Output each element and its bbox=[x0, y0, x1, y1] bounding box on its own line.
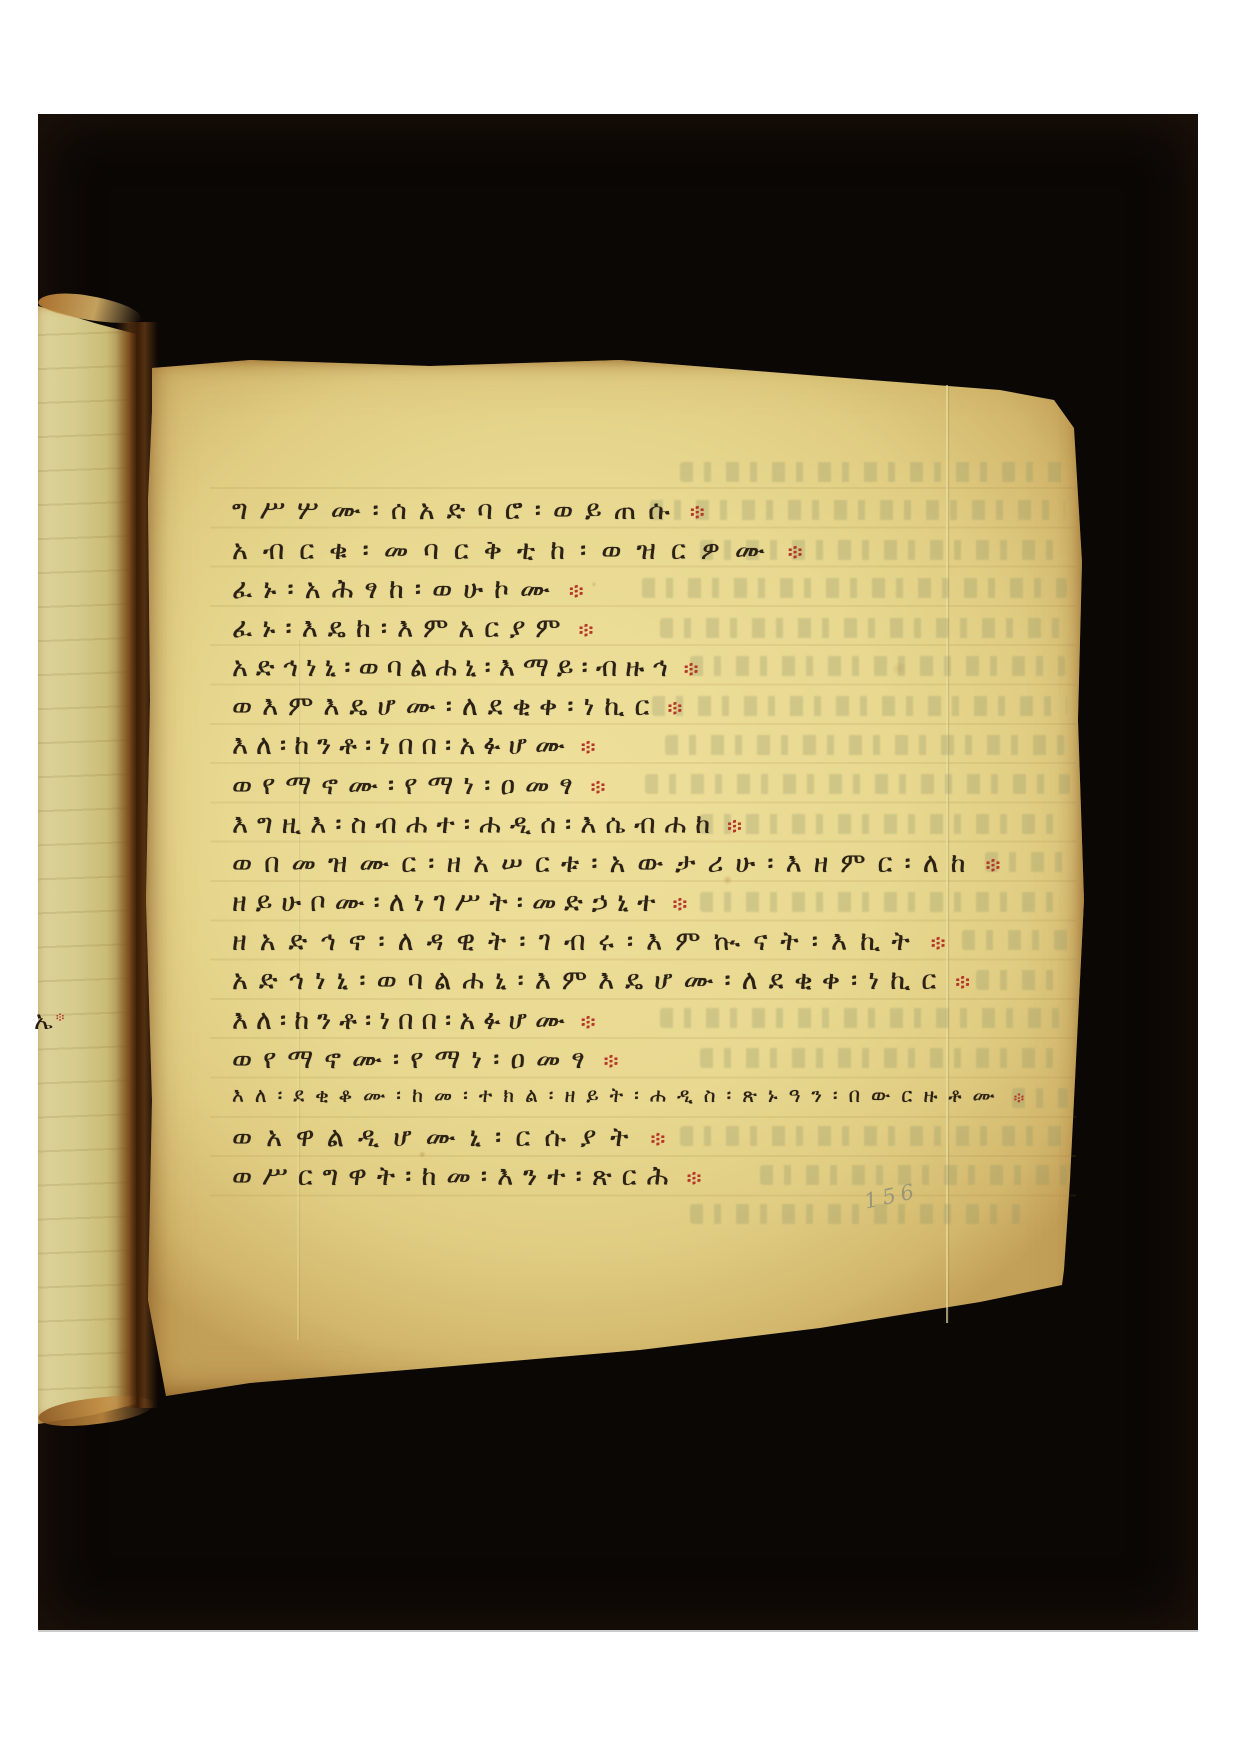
section-mark: ፨ bbox=[955, 969, 970, 995]
bleedthrough-line bbox=[700, 1048, 1068, 1068]
text-line: ወየማኖሙ፡የማነ፡ዐመፃ፨ bbox=[232, 771, 605, 801]
section-mark: ፨ bbox=[684, 656, 699, 682]
bleedthrough-line bbox=[690, 1204, 1020, 1224]
section-mark: ፨ bbox=[687, 1165, 702, 1191]
text-line: ዘይሁቦሙ፡ለነገሥት፡መድኃኒተ፨ bbox=[232, 888, 687, 918]
bleedthrough-line bbox=[652, 696, 1067, 716]
section-mark: ፨ bbox=[1014, 1085, 1025, 1111]
bleedthrough-line bbox=[700, 892, 1068, 912]
section-mark: ፨ bbox=[668, 695, 683, 721]
margin-note-mark: ፨ bbox=[56, 1010, 64, 1025]
line-text: እግዚእ፡ስብሐተ፡ሐዲሰ፡እሴብሐከ bbox=[232, 810, 719, 840]
line-text: ወበመዝሙር፡ዘአሠርቱ፡አውታሪሁ፡እዘምር፡ለከ bbox=[232, 849, 978, 879]
text-line: ፈኑ፡እዴከ፡እምአርያም፨ bbox=[232, 614, 593, 644]
section-mark: ፨ bbox=[788, 539, 803, 565]
line-text: ወሥርግዋት፡ከመ፡እንተ፡ጽርሕ bbox=[232, 1162, 679, 1192]
section-mark: ፨ bbox=[581, 734, 596, 760]
section-mark: ፨ bbox=[672, 891, 687, 917]
bleedthrough-line bbox=[642, 578, 1067, 598]
section-mark: ፨ bbox=[986, 852, 1001, 878]
line-text: አድኅነኒ፡ወባልሐኒ፡እማይ፡ብዙኅ bbox=[232, 653, 676, 683]
margin-note-glyph: ኤ bbox=[34, 1008, 53, 1034]
line-text: እለ፡ከንቶ፡ነበበ፡አፉሆሙ bbox=[232, 1006, 573, 1036]
margin-note: ኤ ፨ bbox=[34, 1008, 64, 1034]
text-line: ወበመዝሙር፡ዘአሠርቱ፡አውታሪሁ፡እዘምር፡ለከ፨ bbox=[232, 849, 1000, 879]
bleedthrough-line bbox=[680, 1126, 1068, 1146]
line-text: እለ፡ደቂቆሙ፡ከመ፡ተክል፡ዘይት፡ሐዲስ፡ጽኑዓን፡በውርዙቶሙ bbox=[232, 1083, 1006, 1107]
text-line: ዘአድኅኖ፡ለዳዊት፡ገብሩ፡እምኲናት፡እኪት፨ bbox=[232, 927, 945, 957]
text-line: ወአዋልዲሆሙኒ፡ርሱያት፨ bbox=[232, 1123, 665, 1153]
line-text: ፈኑ፡እዴከ፡እምአርያም bbox=[232, 614, 571, 644]
text-line: እለ፡ከንቶ፡ነበበ፡አፉሆሙ፨ bbox=[232, 1006, 596, 1036]
text-line: አድኅነኒ፡ወባልሐኒ፡እማይ፡ብዙኅ፨ bbox=[232, 653, 699, 683]
text-line: ግሥሦሙ፡ሰአድባሮ፡ወይጠሱ፨ bbox=[232, 496, 705, 526]
text-line: ፈኑ፡አሕፃከ፡ወሁኮሙ፨ bbox=[232, 575, 584, 605]
bleedthrough-line bbox=[665, 735, 1065, 755]
section-mark: ፨ bbox=[604, 1048, 619, 1074]
text-line: አብርቁ፡መባርቅቲከ፡ወዝርዎሙ፨ bbox=[232, 536, 802, 566]
line-text: ወአዋልዲሆሙኒ፡ርሱያት bbox=[232, 1123, 643, 1153]
bleedthrough-line bbox=[962, 930, 1068, 950]
photo-frame: ግሥሦሙ፡ሰአድባሮ፡ወይጠሱ፨አብርቁ፡መባርቅቲከ፡ወዝርዎሙ፨ፈኑ፡አሕፃ… bbox=[0, 0, 1238, 1753]
bleedthrough-line bbox=[645, 774, 1070, 794]
line-text: ፈኑ፡አሕፃከ፡ወሁኮሙ bbox=[232, 575, 561, 605]
line-text: አብርቁ፡መባርቅቲከ፡ወዝርዎሙ bbox=[232, 536, 780, 566]
bleedthrough-line bbox=[976, 970, 1068, 990]
section-mark: ፨ bbox=[651, 1126, 666, 1152]
section-mark: ፨ bbox=[727, 813, 742, 839]
section-mark: ፨ bbox=[591, 774, 606, 800]
line-text: ዘአድኅኖ፡ለዳዊት፡ገብሩ፡እምኲናት፡እኪት bbox=[232, 927, 923, 957]
line-text: እለ፡ከንቶ፡ነበበ፡አፉሆሙ bbox=[232, 731, 573, 761]
section-mark: ፨ bbox=[569, 578, 584, 604]
text-line: አድኅነኒ፡ወባልሐኒ፡እምእዴሆሙ፡ለደቂቀ፡ነኪር፨ bbox=[232, 966, 970, 996]
line-text: አድኅነኒ፡ወባልሐኒ፡እምእዴሆሙ፡ለደቂቀ፡ነኪር bbox=[232, 966, 947, 996]
bleedthrough-line bbox=[650, 500, 1065, 520]
bleedthrough-line bbox=[660, 618, 1065, 638]
section-mark: ፨ bbox=[931, 930, 946, 956]
line-text: ወየማኖሙ፡የማነ፡ዐመፃ bbox=[232, 1045, 596, 1075]
line-text: ወየማኖሙ፡የማነ፡ዐመፃ bbox=[232, 771, 583, 801]
bleedthrough-line bbox=[690, 656, 1065, 676]
section-mark: ፨ bbox=[690, 499, 705, 525]
bleedthrough-line bbox=[660, 1008, 1065, 1028]
section-mark: ፨ bbox=[581, 1009, 596, 1035]
bleedthrough-line bbox=[680, 462, 1065, 482]
line-text: ወእምእዴሆሙ፡ለደቂቀ፡ነኪር bbox=[232, 692, 660, 722]
section-mark: ፨ bbox=[579, 617, 594, 643]
text-line: እግዚእ፡ስብሐተ፡ሐዲሰ፡እሴብሐከ፨ bbox=[232, 810, 742, 840]
text-line: ወየማኖሙ፡የማነ፡ዐመፃ፨ bbox=[232, 1045, 618, 1075]
bleedthrough-line bbox=[700, 814, 1068, 834]
text-line: ወእምእዴሆሙ፡ለደቂቀ፡ነኪር፨ bbox=[232, 692, 682, 722]
text-line: እለ፡ከንቶ፡ነበበ፡አፉሆሙ፨ bbox=[232, 731, 596, 761]
line-text: ዘይሁቦሙ፡ለነገሥት፡መድኃኒተ bbox=[232, 888, 664, 918]
text-line: ወሥርግዋት፡ከመ፡እንተ፡ጽርሕ፨ bbox=[232, 1162, 701, 1192]
line-text: ግሥሦሙ፡ሰአድባሮ፡ወይጠሱ bbox=[232, 496, 682, 526]
text-line: እለ፡ደቂቆሙ፡ከመ፡ተክል፡ዘይት፡ሐዲስ፡ጽኑዓን፡በውርዙቶሙ፨ bbox=[232, 1083, 1024, 1111]
